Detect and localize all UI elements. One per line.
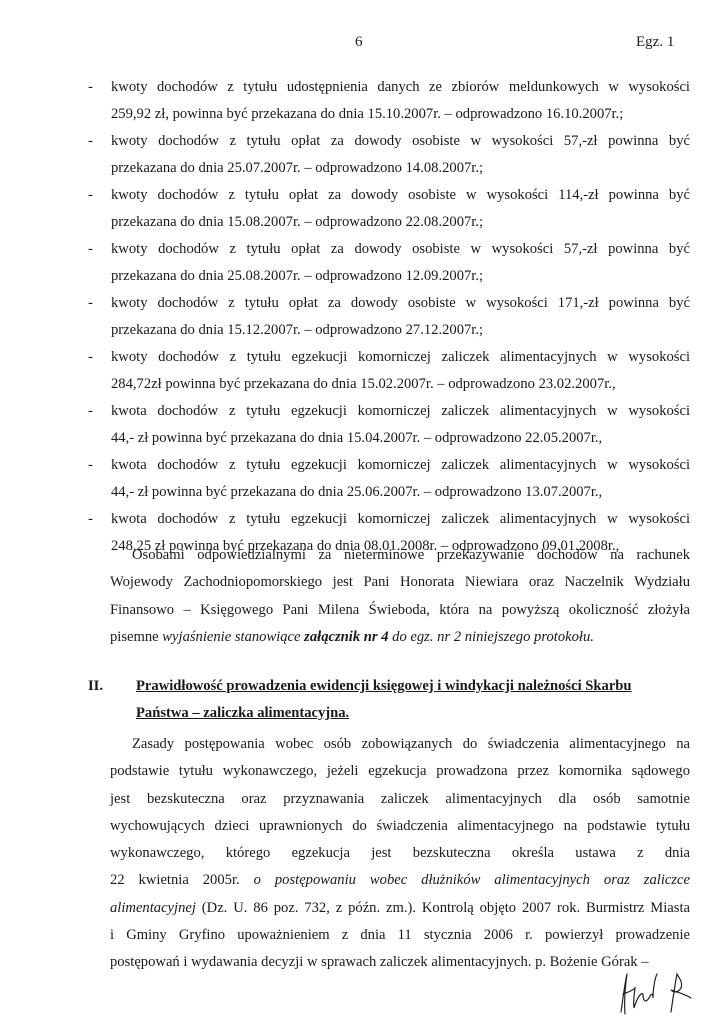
- list-item-line: 44,- zł powinna być przekazana do dnia 1…: [111, 425, 690, 452]
- section-title-line: Prawidłowość prowadzenia ewidencji księg…: [136, 673, 690, 700]
- list-bullet: -: [88, 128, 93, 155]
- paragraph-line: wychowujących dzieci uprawnionych do świ…: [110, 813, 690, 840]
- paragraph-line: Osobami odpowiedzialnymi za nieterminowe…: [110, 542, 690, 569]
- paragraph-line: Zasady postępowania wobec osób zobowiąza…: [110, 731, 690, 758]
- text-italic: do egz. nr 2 niniejszego protokołu.: [389, 629, 594, 645]
- list-bullet: -: [88, 398, 93, 425]
- section-title-line: Państwa – zaliczka alimentacyjna.: [136, 700, 690, 727]
- list-item-line: kwoty dochodów z tytułu egzekucji komorn…: [111, 344, 690, 371]
- responsible-persons-paragraph: Osobami odpowiedzialnymi za nieterminowe…: [110, 542, 690, 651]
- text-plain: (Dz. U. 86 poz. 732, z późn. zm.). Kontr…: [196, 900, 690, 916]
- late-transfer-list: -kwoty dochodów z tytułu udostępnienia d…: [88, 74, 690, 560]
- list-bullet: -: [88, 452, 93, 479]
- list-item: -kwoty dochodów z tytułu opłat za dowody…: [88, 128, 690, 182]
- text-plain: 22 kwietnia 2005r.: [110, 872, 254, 888]
- act-title: alimentacyjnej: [110, 900, 196, 916]
- list-item: -kwota dochodów z tytułu egzekucji komor…: [88, 398, 690, 452]
- list-item-line: kwota dochodów z tytułu egzekucji komorn…: [111, 452, 690, 479]
- handwritten-signature: [615, 968, 695, 1018]
- paragraph-line: alimentacyjnej (Dz. U. 86 poz. 732, z pó…: [110, 895, 690, 922]
- list-item: -kwoty dochodów z tytułu egzekucji komor…: [88, 344, 690, 398]
- list-item-line: 284,72zł powinna być przekazana do dnia …: [111, 371, 690, 398]
- list-bullet: -: [88, 236, 93, 263]
- document-page: 6 Egz. 1 -kwoty dochodów z tytułu udostę…: [0, 0, 724, 1024]
- alimony-rules-paragraph: Zasady postępowania wobec osób zobowiąza…: [110, 731, 690, 977]
- list-item: -kwoty dochodów z tytułu udostępnienia d…: [88, 74, 690, 128]
- list-item-line: kwoty dochodów z tytułu opłat za dowody …: [111, 128, 690, 155]
- list-item: -kwoty dochodów z tytułu opłat za dowody…: [88, 236, 690, 290]
- list-bullet: -: [88, 290, 93, 317]
- paragraph-line: pisemne wyjaśnienie stanowiące załącznik…: [110, 624, 690, 651]
- copy-label: Egz. 1: [636, 34, 674, 51]
- list-item-line: kwoty dochodów z tytułu opłat za dowody …: [111, 290, 690, 317]
- list-item-line: przekazana do dnia 15.08.2007r. – odprow…: [111, 209, 690, 236]
- text-plain: pisemne: [110, 629, 162, 645]
- section-title: Prawidłowość prowadzenia ewidencji księg…: [136, 673, 690, 727]
- paragraph-line: podstawie tytułu wykonawczego, jeżeli eg…: [110, 758, 690, 785]
- paragraph-line: jest bezskuteczna oraz przyznawania zali…: [110, 786, 690, 813]
- list-item: -kwoty dochodów z tytułu opłat za dowody…: [88, 290, 690, 344]
- list-item-line: kwota dochodów z tytułu egzekucji komorn…: [111, 506, 690, 533]
- paragraph-line: wykonawczego, którego egzekucja jest bez…: [110, 840, 690, 867]
- list-item-line: kwota dochodów z tytułu egzekucji komorn…: [111, 398, 690, 425]
- list-item-line: kwoty dochodów z tytułu udostępnienia da…: [111, 74, 690, 101]
- paragraph-line: Finansowo – Księgowego Pani Milena Świeb…: [110, 597, 690, 624]
- attachment-reference: załącznik nr 4: [304, 629, 388, 645]
- list-item-line: 44,- zł powinna być przekazana do dnia 2…: [111, 479, 690, 506]
- page-number: 6: [355, 34, 363, 51]
- paragraph-line: 22 kwietnia 2005r. o postępowaniu wobec …: [110, 867, 690, 894]
- list-bullet: -: [88, 344, 93, 371]
- list-item-line: 259,92 zł, powinna być przekazana do dni…: [111, 101, 690, 128]
- list-item-line: kwoty dochodów z tytułu opłat za dowody …: [111, 236, 690, 263]
- section-number: II.: [88, 673, 103, 700]
- act-title: o postępowaniu wobec dłużników alimentac…: [254, 872, 690, 888]
- paragraph-line: postępowań i wydawania decyzji w sprawac…: [110, 949, 690, 976]
- list-item-line: przekazana do dnia 25.08.2007r. – odprow…: [111, 263, 690, 290]
- list-item-line: kwoty dochodów z tytułu opłat za dowody …: [111, 182, 690, 209]
- list-bullet: -: [88, 74, 93, 101]
- text-italic: wyjaśnienie stanowiące: [162, 629, 304, 645]
- list-item: -kwoty dochodów z tytułu opłat za dowody…: [88, 182, 690, 236]
- list-item-line: przekazana do dnia 15.12.2007r. – odprow…: [111, 317, 690, 344]
- list-bullet: -: [88, 182, 93, 209]
- paragraph-line: i Gminy Gryfino upoważnieniem z dnia 11 …: [110, 922, 690, 949]
- list-item-line: przekazana do dnia 25.07.2007r. – odprow…: [111, 155, 690, 182]
- paragraph-line: Wojewody Zachodniopomorskiego jest Pani …: [110, 569, 690, 596]
- list-bullet: -: [88, 506, 93, 533]
- list-item: -kwota dochodów z tytułu egzekucji komor…: [88, 452, 690, 506]
